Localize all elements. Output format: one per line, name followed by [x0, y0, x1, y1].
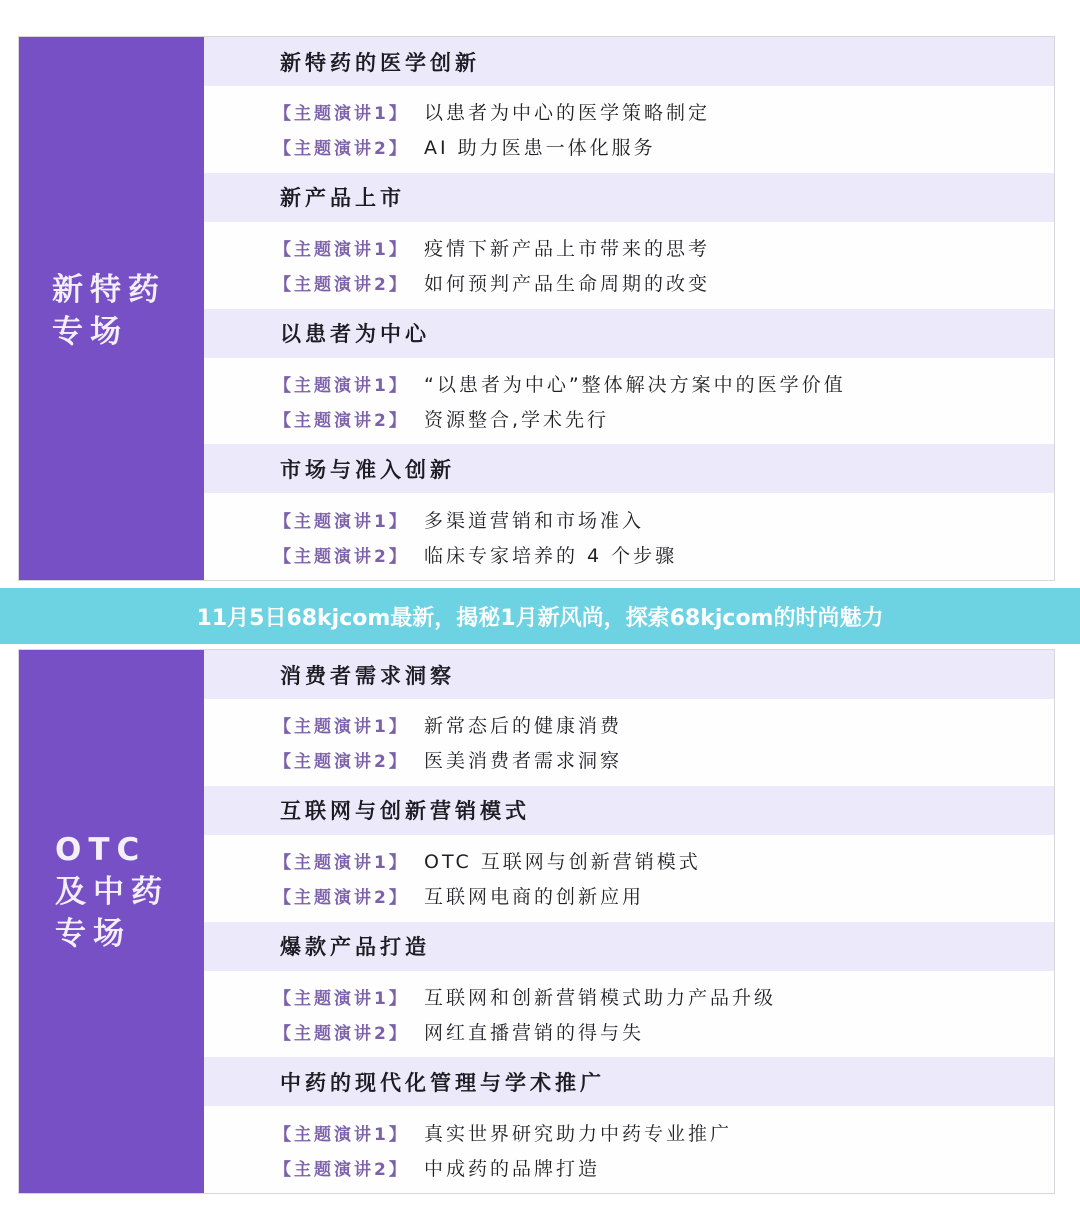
talk-item: 【主题演讲1】 疫情下新产品上市带来的思考 [274, 234, 1054, 261]
agenda-section: 互联网与创新营销模式 【主题演讲1】 OTC 互联网与创新营销模式 【主题演讲2… [204, 786, 1054, 922]
talk-title: 资源整合,学术先行 [424, 405, 609, 432]
talk-title: 网红直播营销的得与失 [424, 1018, 644, 1045]
talk-title: 疫情下新产品上市带来的思考 [424, 234, 710, 261]
talk-title: 多渠道营销和市场准入 [424, 506, 644, 533]
talk-label: 【主题演讲2】 [274, 1019, 424, 1044]
talk-label: 【主题演讲1】 [274, 507, 424, 532]
talk-item: 【主题演讲1】 多渠道营销和市场准入 [274, 506, 1054, 533]
agenda-section: 新特药的医学创新 【主题演讲1】 以患者为中心的医学策略制定 【主题演讲2】 A… [204, 37, 1054, 173]
talk-label: 【主题演讲2】 [274, 134, 424, 159]
talk-label: 【主题演讲1】 [274, 235, 424, 260]
section-heading: 新特药的医学创新 [204, 37, 1054, 86]
panel-side-title: OTC 及中药 专场 [19, 829, 169, 955]
section-heading: 新产品上市 [204, 173, 1054, 222]
talk-title: 中成药的品牌打造 [424, 1154, 600, 1181]
talk-item: 【主题演讲2】 临床专家培养的 4 个步骤 [274, 541, 1054, 568]
talk-title: 互联网和创新营销模式助力产品升级 [424, 983, 776, 1010]
talk-item: 【主题演讲1】 “以患者为中心”整体解决方案中的医学价值 [274, 370, 1054, 397]
talk-title: 真实世界研究助力中药专业推广 [424, 1119, 732, 1146]
talk-item: 【主题演讲2】 互联网电商的创新应用 [274, 882, 1054, 909]
section-heading: 市场与准入创新 [204, 444, 1054, 493]
side-title-line: OTC [55, 829, 169, 871]
talk-item: 【主题演讲2】 AI 助力医患一体化服务 [274, 133, 1054, 160]
talk-item: 【主题演讲1】 互联网和创新营销模式助力产品升级 [274, 983, 1054, 1010]
panel-content: 新特药的医学创新 【主题演讲1】 以患者为中心的医学策略制定 【主题演讲2】 A… [204, 37, 1054, 580]
panel-side-title: 新特药 专场 [19, 269, 166, 353]
talk-item: 【主题演讲2】 网红直播营销的得与失 [274, 1018, 1054, 1045]
agenda-section: 中药的现代化管理与学术推广 【主题演讲1】 真实世界研究助力中药专业推广 【主题… [204, 1057, 1054, 1193]
talk-label: 【主题演讲1】 [274, 984, 424, 1009]
talk-label: 【主题演讲1】 [274, 99, 424, 124]
panel-new-specialty-drugs: 新特药 专场 新特药的医学创新 【主题演讲1】 以患者为中心的医学策略制定 【主… [18, 36, 1055, 581]
talk-title: OTC 互联网与创新营销模式 [424, 847, 701, 874]
talk-label: 【主题演讲1】 [274, 848, 424, 873]
talk-item: 【主题演讲2】 中成药的品牌打造 [274, 1154, 1054, 1181]
talk-title: 如何预判产品生命周期的改变 [424, 269, 710, 296]
talk-label: 【主题演讲2】 [274, 270, 424, 295]
side-title-line: 新特药 [52, 269, 166, 311]
talk-item: 【主题演讲2】 如何预判产品生命周期的改变 [274, 269, 1054, 296]
talk-title: 互联网电商的创新应用 [424, 882, 644, 909]
agenda-section: 市场与准入创新 【主题演讲1】 多渠道营销和市场准入 【主题演讲2】 临床专家培… [204, 444, 1054, 580]
section-talks: 【主题演讲1】 以患者为中心的医学策略制定 【主题演讲2】 AI 助力医患一体化… [204, 86, 1054, 173]
talk-title: 新常态后的健康消费 [424, 711, 622, 738]
section-heading: 中药的现代化管理与学术推广 [204, 1057, 1054, 1106]
talk-title: 临床专家培养的 4 个步骤 [424, 541, 677, 568]
talk-item: 【主题演讲1】 OTC 互联网与创新营销模式 [274, 847, 1054, 874]
agenda-section: 新产品上市 【主题演讲1】 疫情下新产品上市带来的思考 【主题演讲2】 如何预判… [204, 173, 1054, 309]
section-talks: 【主题演讲1】 OTC 互联网与创新营销模式 【主题演讲2】 互联网电商的创新应… [204, 835, 1054, 922]
section-talks: 【主题演讲1】 新常态后的健康消费 【主题演讲2】 医美消费者需求洞察 [204, 699, 1054, 786]
talk-item: 【主题演讲2】 医美消费者需求洞察 [274, 746, 1054, 773]
section-heading: 互联网与创新营销模式 [204, 786, 1054, 835]
talk-title: 医美消费者需求洞察 [424, 746, 622, 773]
panel-otc-tcm: OTC 及中药 专场 消费者需求洞察 【主题演讲1】 新常态后的健康消费 【主题… [18, 649, 1055, 1194]
talk-title: AI 助力医患一体化服务 [424, 133, 656, 160]
section-heading: 以患者为中心 [204, 309, 1054, 358]
panel-content: 消费者需求洞察 【主题演讲1】 新常态后的健康消费 【主题演讲2】 医美消费者需… [204, 650, 1054, 1193]
title-banner: 11月5日68kjcom最新，揭秘1月新风尚，探索68kjcom的时尚魅力 [0, 588, 1080, 644]
talk-label: 【主题演讲2】 [274, 1155, 424, 1180]
agenda-section: 以患者为中心 【主题演讲1】 “以患者为中心”整体解决方案中的医学价值 【主题演… [204, 309, 1054, 445]
section-talks: 【主题演讲1】 疫情下新产品上市带来的思考 【主题演讲2】 如何预判产品生命周期… [204, 222, 1054, 309]
section-heading: 消费者需求洞察 [204, 650, 1054, 699]
section-heading: 爆款产品打造 [204, 922, 1054, 971]
talk-label: 【主题演讲2】 [274, 406, 424, 431]
banner-title: 11月5日68kjcom最新，揭秘1月新风尚，探索68kjcom的时尚魅力 [197, 601, 884, 632]
talk-label: 【主题演讲1】 [274, 1120, 424, 1145]
panel-sidebar: 新特药 专场 [19, 37, 204, 580]
talk-item: 【主题演讲2】 资源整合,学术先行 [274, 405, 1054, 432]
talk-label: 【主题演讲1】 [274, 712, 424, 737]
talk-label: 【主题演讲1】 [274, 371, 424, 396]
talk-title: 以患者为中心的医学策略制定 [424, 98, 710, 125]
talk-label: 【主题演讲2】 [274, 883, 424, 908]
talk-item: 【主题演讲1】 新常态后的健康消费 [274, 711, 1054, 738]
panel-sidebar: OTC 及中药 专场 [19, 650, 204, 1193]
talk-label: 【主题演讲2】 [274, 747, 424, 772]
talk-item: 【主题演讲1】 以患者为中心的医学策略制定 [274, 98, 1054, 125]
agenda-section: 消费者需求洞察 【主题演讲1】 新常态后的健康消费 【主题演讲2】 医美消费者需… [204, 650, 1054, 786]
side-title-line: 及中药 [55, 871, 169, 913]
section-talks: 【主题演讲1】 “以患者为中心”整体解决方案中的医学价值 【主题演讲2】 资源整… [204, 358, 1054, 445]
talk-title: “以患者为中心”整体解决方案中的医学价值 [424, 370, 846, 397]
talk-label: 【主题演讲2】 [274, 542, 424, 567]
talk-item: 【主题演讲1】 真实世界研究助力中药专业推广 [274, 1119, 1054, 1146]
side-title-line: 专场 [52, 311, 166, 353]
agenda-section: 爆款产品打造 【主题演讲1】 互联网和创新营销模式助力产品升级 【主题演讲2】 … [204, 922, 1054, 1058]
section-talks: 【主题演讲1】 多渠道营销和市场准入 【主题演讲2】 临床专家培养的 4 个步骤 [204, 493, 1054, 580]
section-talks: 【主题演讲1】 互联网和创新营销模式助力产品升级 【主题演讲2】 网红直播营销的… [204, 971, 1054, 1058]
side-title-line: 专场 [55, 913, 169, 955]
section-talks: 【主题演讲1】 真实世界研究助力中药专业推广 【主题演讲2】 中成药的品牌打造 [204, 1106, 1054, 1193]
